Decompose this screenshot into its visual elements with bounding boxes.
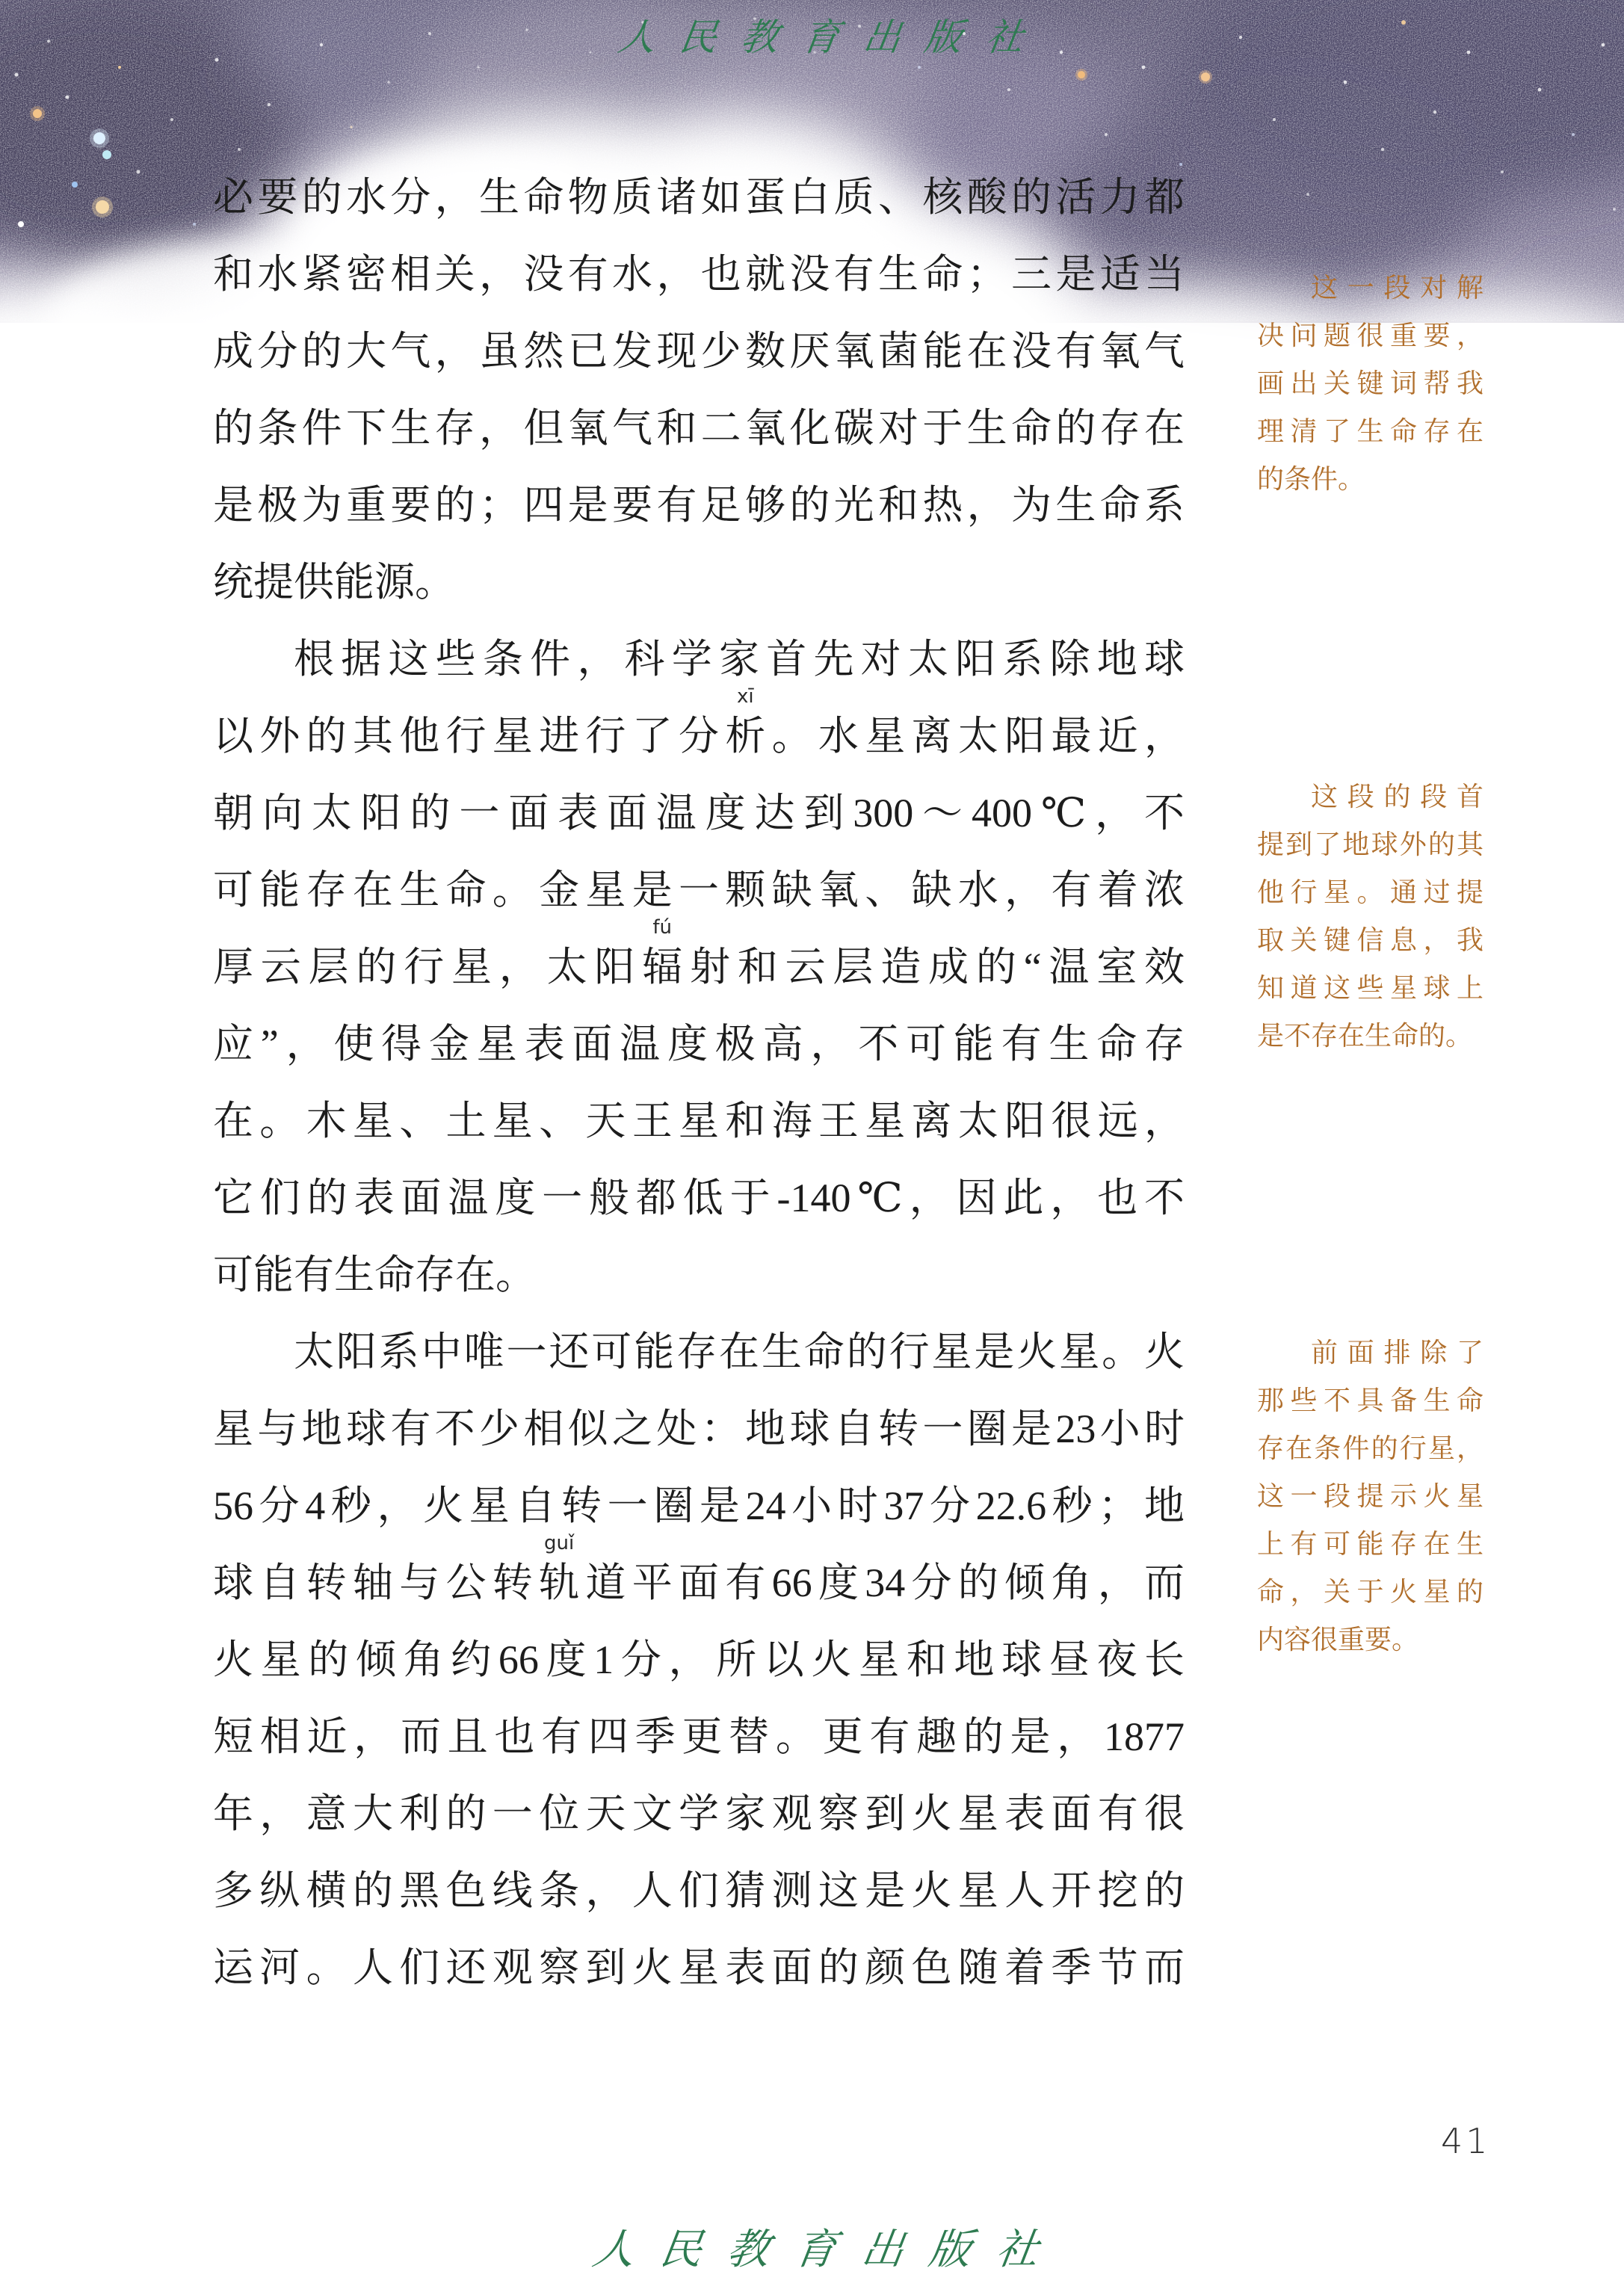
publisher-logo-bottom: 人民教育出版社 bbox=[589, 2217, 1068, 2276]
body-text-line: 运河。人们还观察到火星表面的颜色随着季节而 bbox=[213, 1930, 1185, 2007]
body-text-line: 应”，使得金星表面温度极高，不可能有生命存 bbox=[213, 1006, 1185, 1083]
margin-note-line: 这一段对解 bbox=[1257, 264, 1483, 312]
body-text-line: 朝向太阳的一面表面温度达到300～400℃，不 bbox=[213, 775, 1185, 852]
margin-note-line: 是不存在生命的。 bbox=[1257, 1012, 1483, 1060]
margin-note-line: 上有可能存在生 bbox=[1257, 1520, 1483, 1568]
margin-note-line: 的条件。 bbox=[1257, 455, 1483, 503]
body-text-line: 可能存在生命。金星是一颗缺氧、缺水，有着浓 bbox=[213, 852, 1185, 929]
body-text-line: 和水紧密相关，没有水，也就没有生命；三是适当 bbox=[213, 236, 1185, 313]
margin-note-line: 决问题很重要， bbox=[1257, 312, 1483, 359]
body-text-line: 多纵横的黑色线条，人们猜测这是火星人开挖的 bbox=[213, 1853, 1185, 1930]
margin-note-line: 知道这些星球上 bbox=[1257, 964, 1483, 1012]
body-text-line: 太阳系中唯一还可能存在生命的行星是火星。火 bbox=[213, 1314, 1185, 1391]
margin-note-3: 前面排除了那些不具备生命存在条件的行星，这一段提示火星上有可能存在生命，关于火星… bbox=[1257, 1329, 1483, 1664]
margin-note-line: 提到了地球外的其 bbox=[1257, 821, 1483, 868]
body-text-line: 以外的其他行星进行了分析xī。水星离太阳最近， bbox=[213, 698, 1185, 775]
margin-note-line: 那些不具备生命 bbox=[1257, 1377, 1483, 1424]
margin-note-line: 取关键信息，我 bbox=[1257, 916, 1483, 964]
body-text-line: 可能有生命存在。 bbox=[213, 1237, 1185, 1314]
margin-note-line: 他行星。通过提 bbox=[1257, 868, 1483, 916]
margin-note-line: 内容很重要。 bbox=[1257, 1616, 1483, 1664]
body-text-line: 必要的水分，生命物质诸如蛋白质、核酸的活力都 bbox=[213, 159, 1185, 236]
pinyin-annotated-char: 辐fú bbox=[642, 929, 682, 1006]
textbook-page: 人民教育出版社 必要的水分，生命物质诸如蛋白质、核酸的活力都和水紧密相关，没有水… bbox=[0, 0, 1624, 2295]
pinyin-annotation: guǐ bbox=[544, 1533, 574, 1553]
publisher-logo-top: 人民教育出版社 bbox=[614, 7, 1051, 61]
body-text-line: 是极为重要的；四是要有足够的光和热，为生命系 bbox=[213, 467, 1185, 544]
margin-note-line: 理清了生命存在 bbox=[1257, 407, 1483, 455]
body-text-line: 56分4秒，火星自转一圈是24小时37分22.6秒；地 bbox=[213, 1468, 1185, 1545]
body-text-line: 根据这些条件，科学家首先对太阳系除地球 bbox=[213, 621, 1185, 698]
body-text-line: 年，意大利的一位天文学家观察到火星表面有很 bbox=[213, 1776, 1185, 1853]
margin-note-1: 这一段对解决问题很重要，画出关键词帮我理清了生命存在的条件。 bbox=[1257, 264, 1483, 503]
body-text-line: 在。木星、土星、天王星和海王星离太阳很远， bbox=[213, 1083, 1185, 1160]
body-text-line: 统提供能源。 bbox=[213, 544, 1185, 621]
body-text-line: 短相近，而且也有四季更替。更有趣的是，1877 bbox=[213, 1699, 1185, 1776]
body-text-line: 星与地球有不少相似之处：地球自转一圈是23小时 bbox=[213, 1391, 1185, 1468]
body-text-line: 球自转轴与公转轨guǐ道平面有66度34分的倾角，而 bbox=[213, 1545, 1185, 1622]
pinyin-annotation: fú bbox=[652, 918, 672, 937]
margin-note-2: 这段的段首提到了地球外的其他行星。通过提取关键信息，我知道这些星球上是不存在生命… bbox=[1257, 773, 1483, 1060]
body-text-line: 成分的大气，虽然已发现少数厌氧菌能在没有氧气 bbox=[213, 313, 1185, 390]
page-number: 41 bbox=[1441, 2121, 1491, 2161]
margin-note-line: 存在条件的行星， bbox=[1257, 1424, 1483, 1472]
margin-note-line: 画出关键词帮我 bbox=[1257, 359, 1483, 407]
body-text-line: 它们的表面温度一般都低于-140℃，因此，也不 bbox=[213, 1160, 1185, 1237]
margin-note-line: 这段的段首 bbox=[1257, 773, 1483, 821]
margin-note-line: 前面排除了 bbox=[1257, 1329, 1483, 1377]
pinyin-annotation: xī bbox=[737, 687, 754, 706]
margin-note-line: 命，关于火星的 bbox=[1257, 1568, 1483, 1616]
body-text: 必要的水分，生命物质诸如蛋白质、核酸的活力都和水紧密相关，没有水，也就没有生命；… bbox=[213, 159, 1185, 2007]
margin-note-line: 这一段提示火星 bbox=[1257, 1472, 1483, 1520]
body-text-line: 厚云层的行星，太阳辐fú射和云层造成的“温室效 bbox=[213, 929, 1185, 1006]
body-text-line: 的条件下生存，但氧气和二氧化碳对于生命的存在 bbox=[213, 390, 1185, 467]
pinyin-annotated-char: 析xī bbox=[725, 698, 765, 775]
pinyin-annotated-char: 轨guǐ bbox=[539, 1545, 579, 1622]
body-text-line: 火星的倾角约66度1分，所以火星和地球昼夜长 bbox=[213, 1622, 1185, 1699]
